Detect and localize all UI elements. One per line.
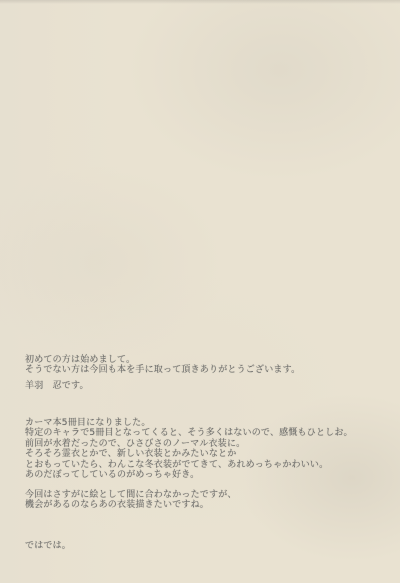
scanned-afterword-page: 初めての方は始めまして。 そうでない方は今回も本を手に取って頂きありがとうござい… (0, 0, 400, 583)
body-line: あのだぼってしているのがめっちゃ好き。 (25, 470, 353, 480)
body-line: とおもっていたら、わんこな冬衣装がでてきて、あれめっちゃかわいい。 (25, 460, 353, 470)
greeting-line: そうでない方は今回も本を手に取って頂きありがとうございます。 (25, 365, 300, 375)
body-line: 前回が水着だったので、ひさびさのノーマル衣装に。 (25, 439, 353, 449)
author-name-line: 羊羽 忍です。 (25, 381, 300, 391)
greeting-line: 初めての方は始めまして。 (25, 355, 300, 365)
closing-line: 機会があるのならあの衣装描きたいですね。 (25, 500, 237, 510)
closing-paragraph: 今回はさすがに絵として間に合わなかったですが、 機会があるのならあの衣装描きたい… (25, 490, 237, 511)
body-line: カーマ本5冊目になりました。 (25, 418, 353, 428)
signoff-line: ではでは。 (25, 541, 71, 551)
body-paragraph: カーマ本5冊目になりました。 特定のキャラで5冊目となってくると、そう多くはない… (25, 418, 353, 480)
greeting-paragraph: 初めての方は始めまして。 そうでない方は今回も本を手に取って頂きありがとうござい… (25, 355, 300, 391)
body-line: そろそろ霊衣とかで、新しい衣装とかみたいなとか (25, 449, 353, 459)
body-line: 特定のキャラで5冊目となってくると、そう多くはないので、感慨もひとしお。 (25, 428, 353, 438)
closing-line: 今回はさすがに絵として間に合わなかったですが、 (25, 490, 237, 500)
